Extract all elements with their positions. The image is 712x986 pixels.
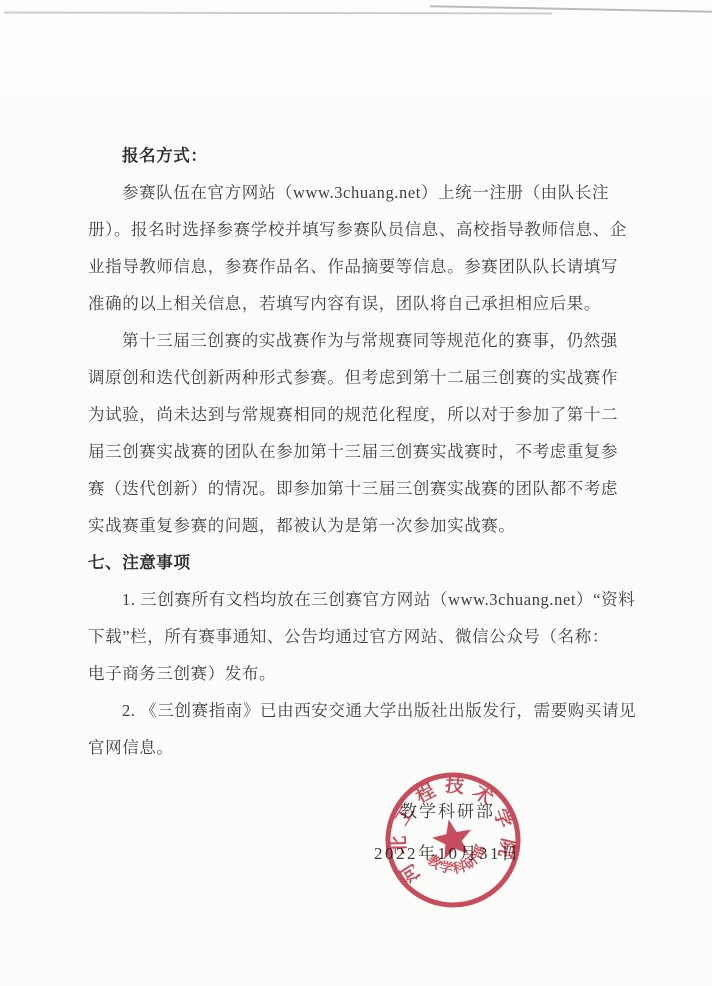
signature-date: 2022年10月31日 [374,839,521,864]
signature-department: 教学科研部 [400,797,495,822]
text-line: 1. 三创赛所有文档均放在三创赛官方网站（www.3chuang.net）“资料 [88,581,636,618]
text-line: 调原创和迭代创新两种形式参赛。但考虑到第十二届三创赛的实战赛作 [88,359,636,396]
stamp-ring-text-holder: 河北工程技术学院 [374,760,527,893]
text-line: 实战赛重复参赛的问题，都被认为是第一次参加实战赛。 [88,507,636,544]
text-line: 届三创赛实战赛的团队在参加第十三届三创赛实战赛时，不考虑重复参 [88,433,636,470]
scan-edge-artifact-right [430,5,712,12]
text-line: 册）。报名时选择参赛学校并填写参赛队员信息、高校指导教师信息、企 [88,211,636,248]
text-line: 赛（迭代创新）的情况。即参加第十三届三创赛实战赛的团队都不考虑 [88,470,636,507]
text-line: 下载”栏，所有赛事通知、公告均通过官方网站、微信公众号（名称： [88,618,636,655]
text-line: 业指导教师信息，参赛作品名、作品摘要等信息。参赛团队队长请填写 [88,248,636,285]
text-line: 为试验，尚未达到与常规赛相同的规范化程度，所以对于参加了第十二 [88,396,636,433]
text-line: 参赛队伍在官方网站（www.3chuang.net）上统一注册（由队长注 [88,174,636,211]
text-line: 电子商务三创赛）发布。 [88,655,636,692]
text-line: 第十三届三创赛的实战赛作为与常规赛同等规范化的赛事，仍然强 [88,322,636,359]
text-line: 准确的以上相关信息，若填写内容有误，团队将自己承担相应后果。 [88,285,636,322]
scan-edge-artifact-left [4,12,552,14]
text-line: 官网信息。 [88,729,636,766]
scanned-document-page: 报名方式： 参赛队伍在官方网站（www.3chuang.net）上统一注册（由队… [0,0,712,986]
document-body: 报名方式： 参赛队伍在官方网站（www.3chuang.net）上统一注册（由队… [88,137,636,766]
stamp-ring-text: 河北工程技术学院 [374,760,527,893]
heading-notes: 七、注意事项 [88,544,636,581]
heading-registration-method: 报名方式： [88,137,636,174]
text-line: 2. 《三创赛指南》已由西安交通大学出版社出版发行，需要购买请见 [88,692,636,729]
